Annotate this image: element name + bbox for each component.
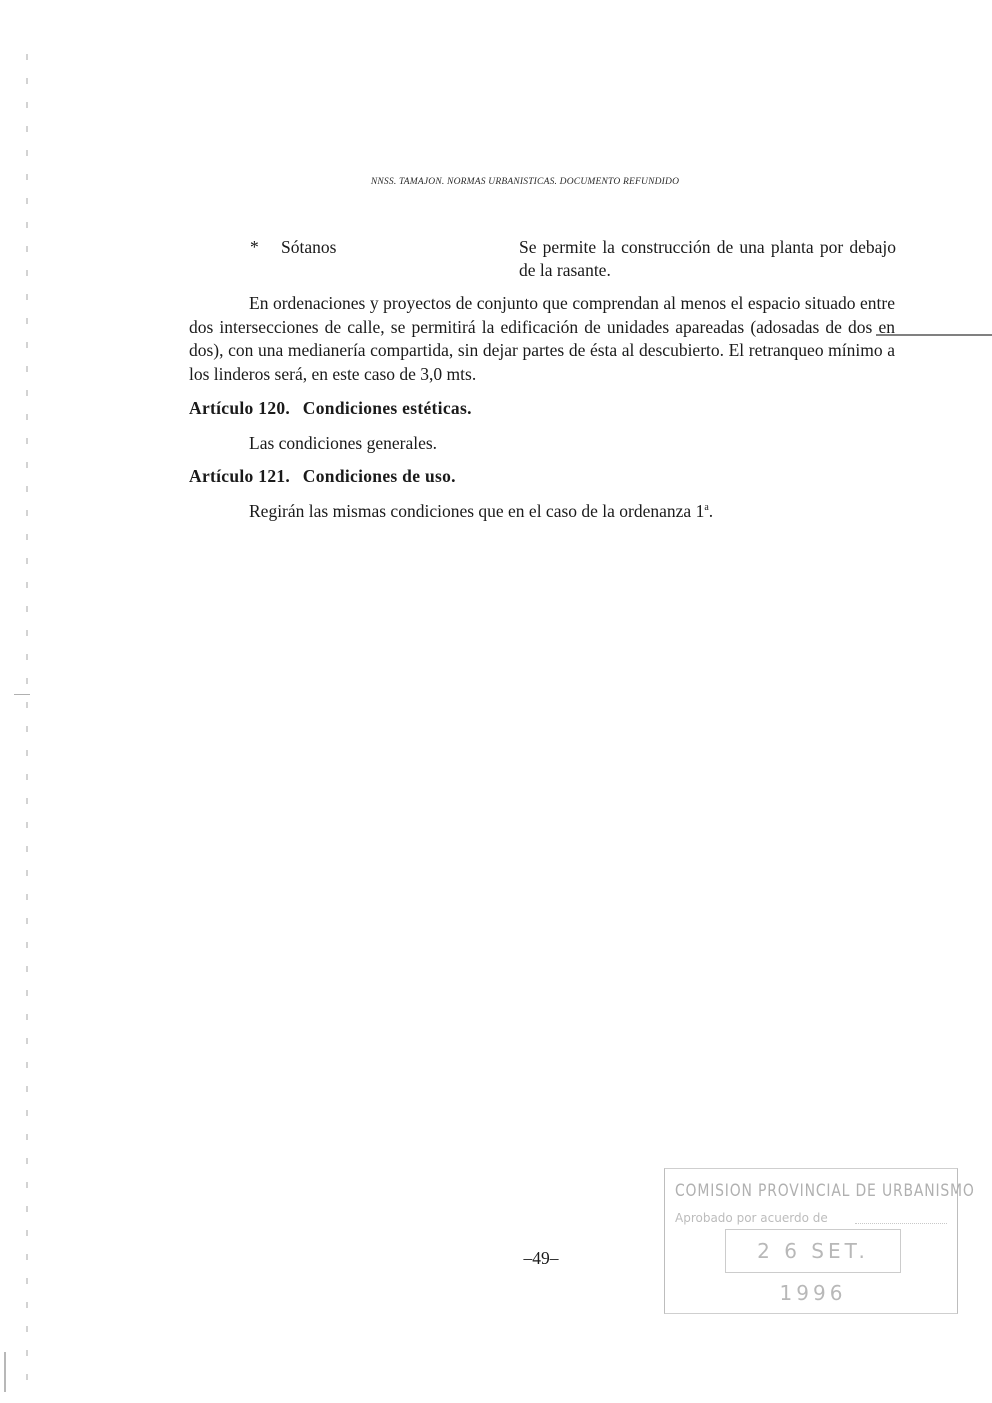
- article-121-heading: Artículo 121. Condiciones de uso.: [189, 466, 456, 487]
- stamp-dotted-rule: [855, 1223, 947, 1224]
- article-title: Condiciones estéticas.: [303, 398, 472, 418]
- running-header: NNSS. TAMAJON. NORMAS URBANISTICAS. DOCU…: [0, 177, 992, 187]
- stamp-date: 2 6 SET. 1996: [725, 1229, 901, 1273]
- document-page: NNSS. TAMAJON. NORMAS URBANISTICAS. DOCU…: [0, 0, 992, 1403]
- article-120-body: Las condiciones generales.: [249, 433, 437, 454]
- scan-margin-artifacts: [26, 40, 28, 1380]
- article-121-body: Regirán las mismas condiciones que en el…: [249, 501, 713, 522]
- article-body-text: Regirán las mismas condiciones que en el…: [249, 501, 704, 521]
- article-number: Artículo 120.: [189, 398, 290, 418]
- list-item-description: Se permite la construcción de una planta…: [519, 236, 896, 282]
- article-number: Artículo 121.: [189, 466, 290, 486]
- article-title: Condiciones de uso.: [303, 466, 456, 486]
- body-paragraph: En ordenaciones y proyectos de conjunto …: [189, 292, 895, 386]
- article-120-heading: Artículo 120. Condiciones estéticas.: [189, 398, 472, 419]
- bullet-asterisk: *: [250, 236, 259, 259]
- scan-margin-bar: [4, 1352, 6, 1392]
- scan-artifact-line: [876, 334, 992, 336]
- stamp-title: COMISION PROVINCIAL DE URBANISMO: [675, 1181, 975, 1201]
- approval-stamp: COMISION PROVINCIAL DE URBANISMO Aprobad…: [664, 1168, 958, 1314]
- list-item-term: Sótanos: [281, 236, 336, 259]
- stamp-subtitle: Aprobado por acuerdo de: [675, 1211, 828, 1225]
- scan-margin-tick: [14, 694, 30, 695]
- article-body-end: .: [709, 501, 713, 521]
